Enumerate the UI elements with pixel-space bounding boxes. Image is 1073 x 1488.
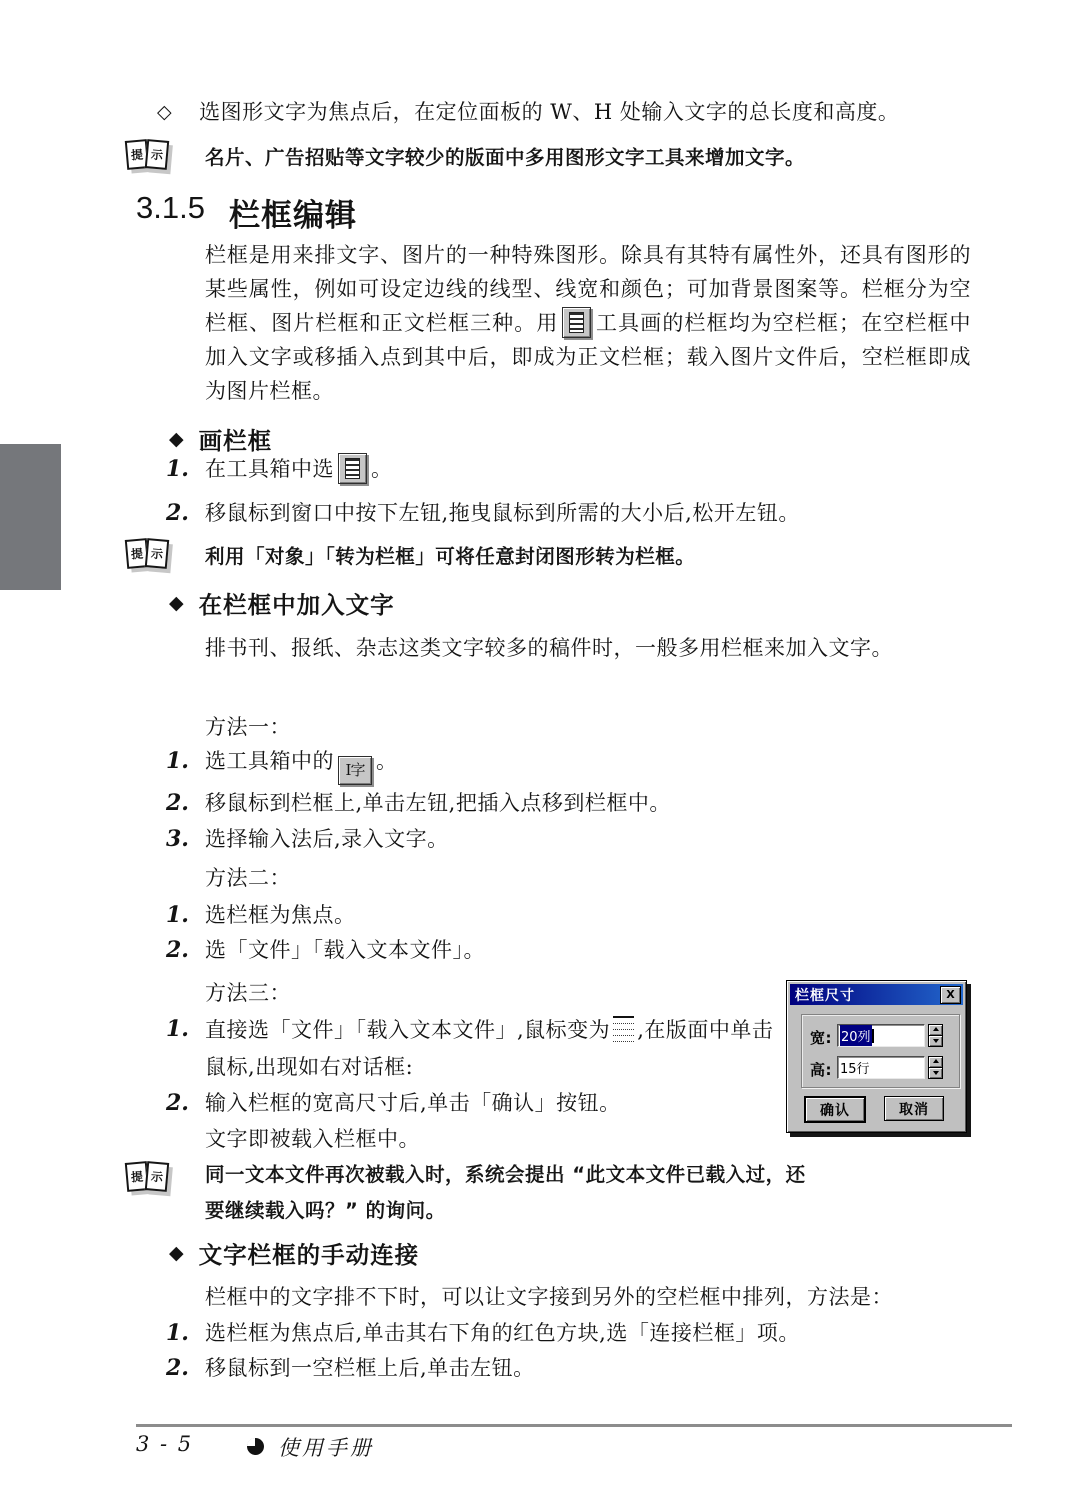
tip-page-right: 示	[145, 139, 169, 170]
tip1-text: 名片、广告招贴等文字较少的版面中多用图形文字工具来增加文字。	[205, 140, 995, 176]
top-bullet: ◇ 选图形文字为焦点后，在定位面板的 W、H 处输入文字的总长度和高度。	[157, 95, 957, 129]
add-text-heading: ◆ 在栏框中加入文字	[169, 586, 395, 620]
height-spinner	[928, 1056, 943, 1078]
method3-step-2-cont: 文字即被载入栏框中。	[205, 1122, 420, 1156]
method2-label: 方法二：	[205, 861, 291, 895]
method3-step-2: 2. 输入栏框的宽高尺寸后,单击「确认」按钮。	[166, 1086, 806, 1120]
manual-page: ◇ 选图形文字为焦点后，在定位面板的 W、H 处输入文字的总长度和高度。 提 示…	[0, 0, 1073, 1488]
ok-button[interactable]: 确认	[804, 1096, 866, 1123]
frame-glyph	[345, 458, 360, 479]
draw-step-2: 2. 移鼠标到窗口中按下左钮,拖曳鼠标到所需的大小后,松开左钮。	[166, 496, 966, 530]
section-title: 栏框编辑	[229, 190, 357, 235]
frame-glyph	[569, 312, 584, 333]
spin-down-icon[interactable]	[928, 1067, 943, 1079]
hollow-diamond-icon: ◇	[157, 95, 172, 129]
filled-diamond-icon: ◆	[169, 1242, 184, 1264]
frame-tool-icon	[562, 307, 591, 338]
top-bullet-text: 选图形文字为焦点后，在定位面板的 W、H 处输入文字的总长度和高度。	[199, 95, 899, 129]
dialog-title-bar: 栏框尺寸	[790, 984, 963, 1005]
method1-label: 方法一：	[205, 710, 291, 744]
height-label: 高:	[810, 1059, 832, 1080]
tip-page-right: 示	[145, 1161, 169, 1192]
tip2-text: 利用「对象」「转为栏框」可将任意封闭图形转为栏框。	[205, 539, 995, 575]
tip3-text: 同一文本文件再次被载入时，系统会提出 “此文本文件已载入过，还 要继续载入吗？”…	[205, 1157, 995, 1229]
height-input[interactable]: 15行	[837, 1056, 925, 1079]
dialog-group-box: 宽: 20列 高: 15行	[801, 1014, 960, 1088]
frame-tool-icon	[338, 453, 367, 484]
tip-book-icon: 提 示	[124, 534, 170, 576]
section-number: 3.1.5	[136, 190, 205, 235]
tip-page-right: 示	[145, 538, 169, 569]
method1-step-2: 2. 移鼠标到栏框上,单击左钮,把插入点移到栏框中。	[166, 786, 966, 820]
width-spinner	[928, 1024, 943, 1046]
width-label: 宽:	[810, 1027, 832, 1048]
cancel-button[interactable]: 取消	[884, 1096, 944, 1121]
filled-diamond-icon: ◆	[169, 592, 184, 614]
draw-frame-heading: ◆ 画栏框	[169, 422, 272, 456]
draw-step-1: 1. 在工具箱中选。	[166, 452, 866, 486]
frame-size-dialog: 栏框尺寸 X 宽: 20列 高: 15行 确认 取消	[786, 980, 967, 1133]
method2-step-1: 1. 选栏框为焦点。	[166, 898, 966, 932]
load-text-cursor-icon	[613, 1016, 634, 1041]
width-input[interactable]: 20列	[837, 1024, 925, 1047]
text-caret	[872, 1029, 874, 1043]
width-value: 20列	[840, 1025, 872, 1046]
add-text-intro: 排书刊、报纸、杂志这类文字较多的稿件时，一般多用栏框来加入文字。	[205, 631, 985, 665]
manual-link-intro: 栏框中的文字排不下时，可以让文字接到另外的空栏框中排列，方法是：	[205, 1280, 995, 1314]
footer-label: 使用手册	[278, 1432, 374, 1462]
dialog-title: 栏框尺寸	[795, 985, 855, 1005]
spin-down-icon[interactable]	[928, 1035, 943, 1047]
tip-book-icon: 提 示	[124, 1157, 170, 1199]
text-tool-icon: I字	[338, 756, 372, 785]
manual-link-step-1: 1. 选栏框为焦点后,单击其右下角的红色方块,选「连接栏框」项。	[166, 1316, 986, 1350]
tip3-line1: 同一文本文件再次被载入时，系统会提出 “此文本文件已载入过，还	[205, 1157, 995, 1193]
section-heading: 3.1.5 栏框编辑	[136, 190, 357, 235]
method2-step-2: 2. 选「文件」「载入文本文件」。	[166, 933, 966, 967]
left-margin-gray-block	[0, 444, 61, 590]
close-icon[interactable]: X	[940, 986, 961, 1004]
method3-step-1: 1. 直接选「文件」「载入文本文件」,鼠标变为,在版面中单击鼠标,出现如右对话框…	[166, 1012, 780, 1086]
method1-step-3: 3. 选择输入法后,录入文字。	[166, 822, 966, 856]
manual-link-step-2: 2. 移鼠标到一空栏框上后,单击左钮。	[166, 1351, 986, 1385]
intro-paragraph: 栏框是用来排文字、图片的一种特殊图形。除具有其特有属性外，还具有图形的某些属性，…	[205, 238, 971, 408]
tip-book-icon: 提 示	[124, 135, 170, 177]
tip3-line2: 要继续载入吗？” 的询问。	[205, 1193, 995, 1229]
method3-label: 方法三：	[205, 976, 291, 1010]
manual-link-heading: ◆ 文字栏框的手动连接	[169, 1236, 419, 1270]
manual-logo-icon	[247, 1438, 264, 1455]
filled-diamond-icon: ◆	[169, 428, 184, 450]
footer-divider	[136, 1424, 1012, 1427]
page-number: 3 - 5	[136, 1432, 193, 1456]
height-value: 15行	[840, 1058, 870, 1077]
method1-step-1: 1. 选工具箱中的I字。	[166, 744, 866, 785]
